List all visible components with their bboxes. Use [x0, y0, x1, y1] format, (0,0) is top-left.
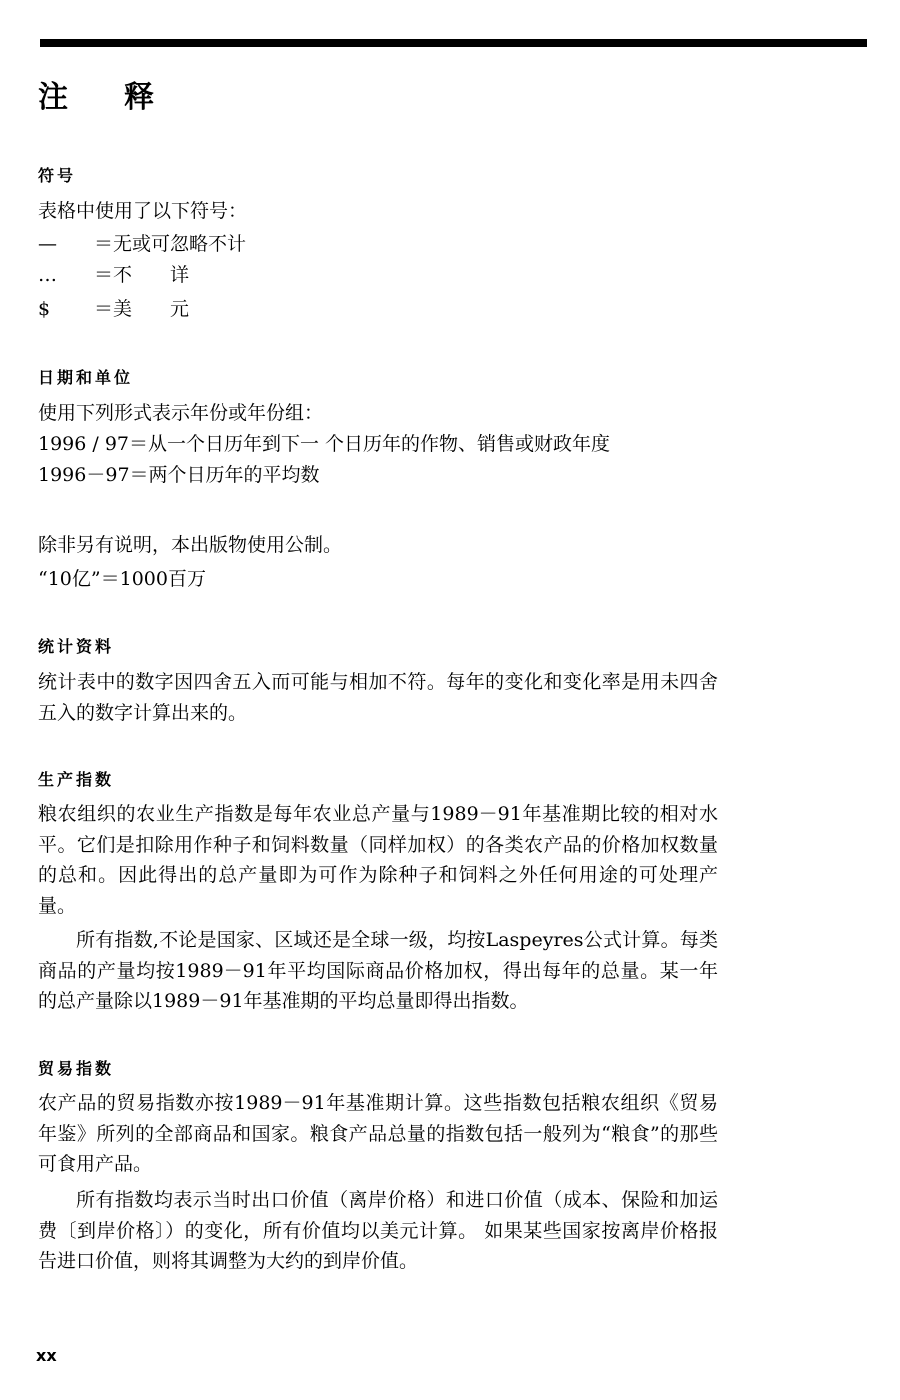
section-heading-symbols: 符号 [38, 166, 76, 186]
section-heading-production-index: 生产指数 [38, 770, 114, 790]
symbol: — [38, 232, 94, 256]
symbols-intro: 表格中使用了以下符号： [38, 199, 247, 223]
symbol: … [38, 263, 94, 287]
statistics-paragraph: 统计表中的数字因四舍五入而可能与相加不符。每年的变化和变化率是用未四舍五入的数字… [38, 667, 718, 728]
symbol-row: …＝不 详 [38, 263, 189, 287]
symbol-meaning: ＝美 元 [94, 298, 189, 320]
dates-line: 1996－97＝两个日历年的平均数 [38, 463, 320, 487]
billion-note: “10亿”＝1000百万 [38, 567, 206, 591]
dates-line: 使用下列形式表示年份或年份组： [38, 401, 323, 425]
symbol-row: —＝无或可忽略不计 [38, 232, 246, 256]
section-heading-dates-units: 日期和单位 [38, 368, 133, 388]
trade-paragraph: 农产品的贸易指数亦按1989－91年基准期计算。这些指数包括粮农组织《贸易年鉴》… [38, 1088, 718, 1180]
trade-paragraph: 所有指数均表示当时出口价值（离岸价格）和进口价值（成本、保险和加运费〔到岸价格〕… [38, 1185, 718, 1277]
metric-note: 除非另有说明，本出版物使用公制。 [38, 533, 342, 557]
dates-line: 1996 / 97＝从一个日历年到下一 个日历年的作物、销售或财政年度 [38, 432, 610, 456]
production-paragraph: 所有指数,不论是国家、区域还是全球一级，均按Laspeyres公式计算。每类商品… [38, 925, 718, 1017]
section-heading-trade-index: 贸易指数 [38, 1059, 114, 1079]
symbol-row: $＝美 元 [38, 297, 189, 321]
symbol-meaning: ＝无或可忽略不计 [94, 233, 246, 255]
top-rule [40, 39, 867, 47]
production-paragraph: 粮农组织的农业生产指数是每年农业总产量与1989－91年基准期比较的相对水平。它… [38, 799, 718, 921]
page-number: xx [36, 1346, 57, 1365]
symbol-meaning: ＝不 详 [94, 264, 189, 286]
section-heading-statistics: 统计资料 [38, 637, 114, 657]
symbol: $ [38, 297, 94, 321]
page-title: 注释 [38, 78, 210, 118]
